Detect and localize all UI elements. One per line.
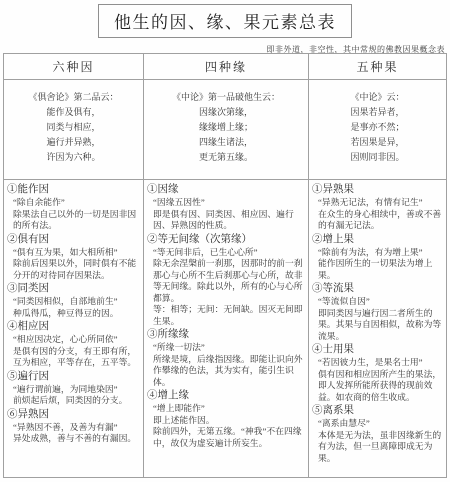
item-quote: “异熟因不善，及善为有漏” [7,422,140,434]
item-para: 除前四外，无第五缘。“神我”不在四缘中，故仅为虚妄遍计所妄生。 [147,426,305,449]
item-heading: ①能作因 [7,183,140,197]
verse-five-fruits: 《中论》云： 因果若异者， 是事亦不然； 若因果是异， 因则同非因。 [308,79,446,179]
item-quote: “相应因决定，心心所同依” [7,334,140,346]
item-heading: ④相应因 [7,320,140,334]
item-heading: ⑤遍行因 [7,370,140,384]
column-header-five-fruits: 五种果 [308,54,446,79]
verse-line: 因缘次第缘， [144,105,308,120]
verse-line: 能作及俱有， [4,105,143,120]
item-heading: ②增上果 [312,233,443,247]
item-quote: “除前有为法，有为增上果” [312,247,443,259]
body-six-causes: ①能作因 “除自余能作” 除果法自己以外的一切是因非因的所有法。 ②俱有因 “俱… [4,179,143,477]
item-para: 除果法自己以外的一切是因非因的所有法。 [7,209,140,232]
summary-table: 六种因 四种缘 五种果 《俱舍论》第二品云： 能作及俱有， 同类与相应， 遍行并… [3,53,447,478]
item-para: 即上述能作因。 [147,415,305,427]
verse-line: 《中论》第一品破他生云： [144,90,308,105]
document-page: 他生的因、缘、果元素总表 即非外道，非空性，其中常规的佛教因果概念表 六种因 四… [0,0,450,482]
item-para: 本体是无为法，虽非因缘新生的有为法，但一旦离障即成无为果。 [312,430,443,465]
item-quote: “同类因相似，自部地前生” [7,296,140,308]
item-para: 在众生的身心相续中，善或不善的有漏无记法。 [312,209,443,232]
body-four-conditions: ①因缘 “因缘五因性” 即是俱有因、同类因、相应因、遍行因、异熟因的性质。 ②等… [143,179,308,477]
column-header-six-causes: 六种因 [4,54,143,79]
page-title: 他生的因、缘、果元素总表 [98,4,352,38]
item-quote: “除自余能作” [7,197,140,209]
item-para: 俱有因和相应因所产生的果法，即人发挥所能所获得的现前效益。如农商的倍生收成。 [312,369,443,404]
verse-line: 缘缘增上缘； [144,120,308,135]
verse-line: 《俱舍论》第二品云： [4,90,143,105]
item-heading: ①异熟果 [312,183,443,197]
item-quote: “等流似自因” [312,296,443,308]
verse-line: 许因为六种。 [4,150,143,165]
item-heading: ③所缘缘 [147,328,305,342]
verse-line: 因果若异者， [309,105,446,120]
item-quote: “若因彼力生，是果名士用” [312,357,443,369]
item-heading: ②等无间缘（次第缘） [147,233,305,247]
item-para: 异处成熟，善与不善的有漏因。 [7,433,140,445]
item-para: 种瓜得瓜，种豆得豆的因。 [7,308,140,320]
item-quote: “异熟无记法，有情有记生” [312,197,443,209]
item-para: 所缘是境，后缘指因缘。即能让识向外作攀缘的色法，其为实有，能引生识体。 [147,354,305,389]
item-heading: ③等流果 [312,282,443,296]
verse-line: 四缘生诸法， [144,135,308,150]
item-para: 即同类因与遍行因二者所生的果。其果与自因相似，故称为等流果。 [312,308,443,343]
verse-line: 是事亦不然； [309,120,446,135]
item-heading: ⑤离系果 [312,404,443,418]
verse-six-causes: 《俱舍论》第二品云： 能作及俱有， 同类与相应， 遍行并异熟， 许因为六种。 [4,79,143,179]
item-para: 除前后因果以外，同时俱有不能分开的对待同存因果法。 [7,258,140,281]
item-para: 即是俱有因、同类因、相应因、遍行因、异熟因的性质。 [147,209,305,232]
item-para: 前烦起后烦，同类因的分支。 [7,395,140,407]
item-para: 等：相等；无间：无间缺。因灭无间即生果。 [147,304,305,327]
verse-line: 若因果是异， [309,135,446,150]
verse-line: 同类与相应， [4,120,143,135]
verse-line: 《中论》云： [309,90,446,105]
item-heading: ⑥异熟因 [7,408,140,422]
item-para: 能作因所生的一切果法为增上果。 [312,258,443,281]
verse-four-conditions: 《中论》第一品破他生云： 因缘次第缘， 缘缘增上缘； 四缘生诸法， 更无第五缘。 [143,79,308,179]
item-para: 是俱有因的分支，有王即有所，互为相应，平等存在，五平等。 [7,346,140,369]
item-quote: “增上即能作” [147,403,305,415]
item-quote: “离系由慧尽” [312,418,443,430]
item-quote: “等无间非后，已生心心所” [147,247,305,259]
item-heading: ④增上缘 [147,389,305,403]
verse-line: 遍行并异熟， [4,135,143,150]
item-heading: ①因缘 [147,183,305,197]
verse-line: 更无第五缘。 [144,150,308,165]
item-quote: “俱有互为果，如大相所相” [7,247,140,259]
body-five-fruits: ①异熟果 “异熟无记法，有情有记生” 在众生的身心相续中，善或不善的有漏无记法。… [308,179,446,477]
item-heading: ④士用果 [312,343,443,357]
item-para: 除无余涅槃前一刹那，因那时的前一刹那心与心所不生后刹那心与心所，故非等无间缘。除… [147,258,305,304]
item-heading: ③同类因 [7,282,140,296]
column-header-four-conditions: 四种缘 [143,54,308,79]
verse-line: 因则同非因。 [309,150,446,165]
item-quote: “所缘一切法” [147,342,305,354]
item-quote: “遍行谓前遍，为同地染因” [7,384,140,396]
item-heading: ②俱有因 [7,233,140,247]
item-quote: “因缘五因性” [147,197,305,209]
title-wrap: 他生的因、缘、果元素总表 [0,0,450,38]
